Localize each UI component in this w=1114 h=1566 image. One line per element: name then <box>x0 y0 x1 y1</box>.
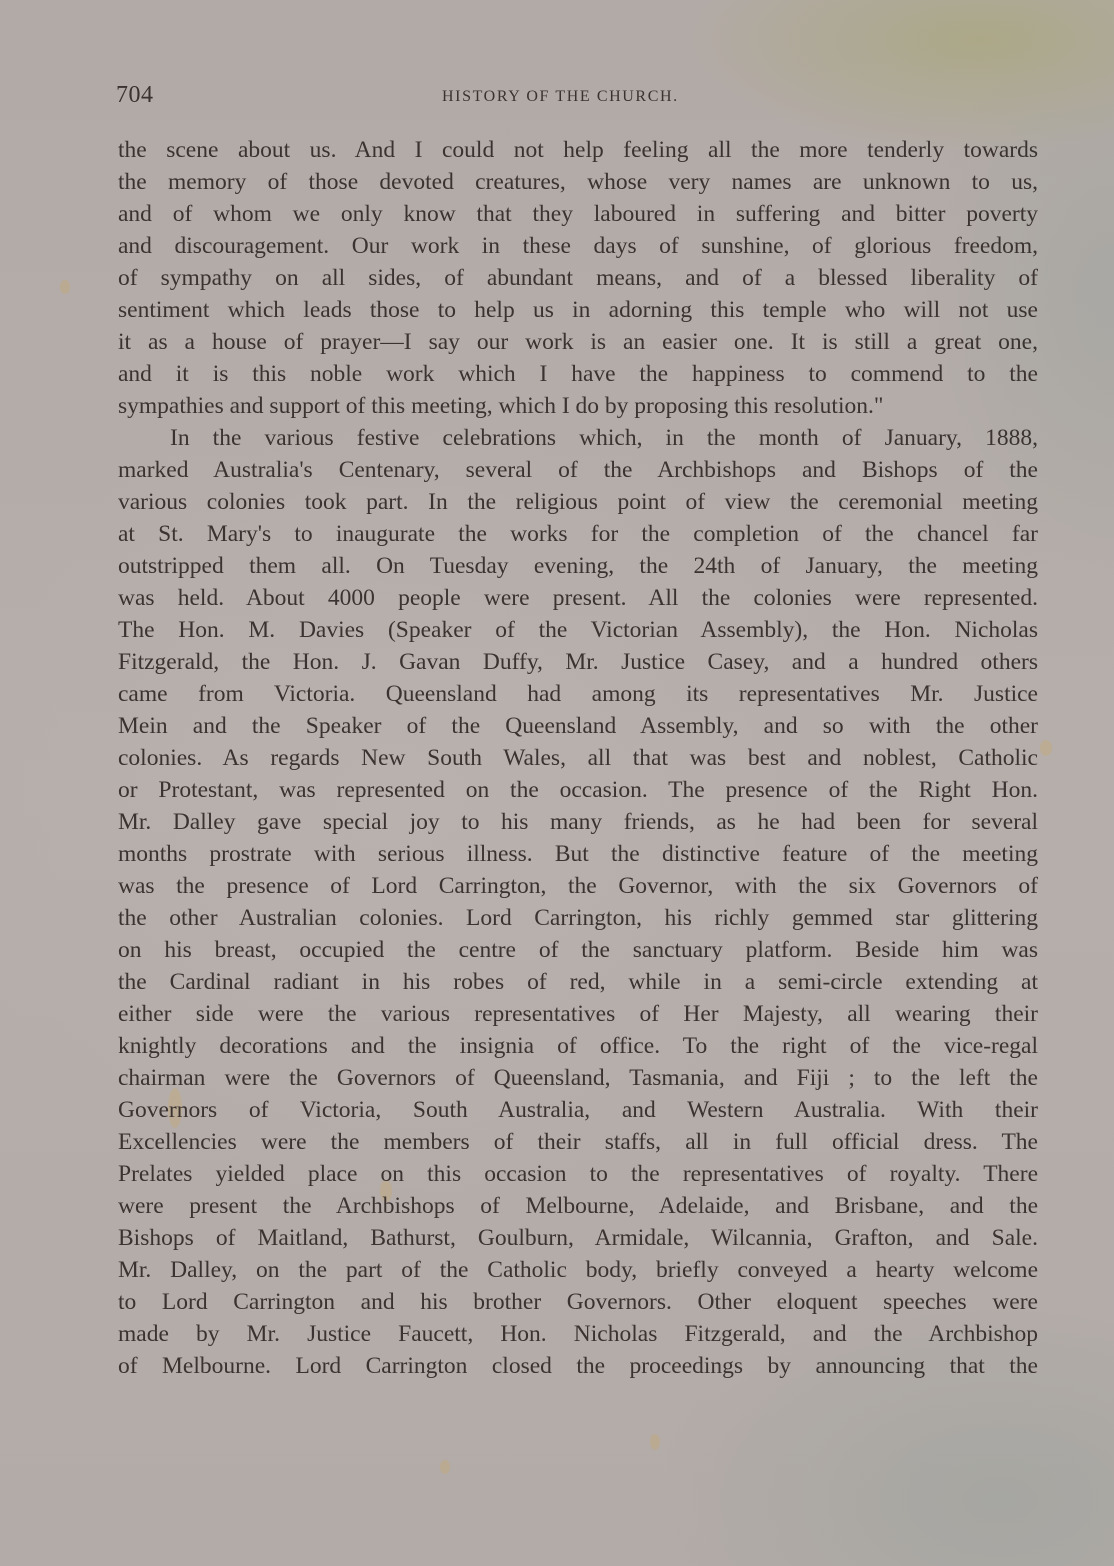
text-line: of sympathy on all sides, of abundant me… <box>118 262 1038 294</box>
text-line: the scene about us. And I could not help… <box>118 134 1038 166</box>
text-line: were present the Archbishops of Melbourn… <box>118 1190 1038 1222</box>
text-line: Excellencies were the members of their s… <box>118 1126 1038 1158</box>
text-line: various colonies took part. In the relig… <box>118 486 1038 518</box>
page-number: 704 <box>116 82 154 109</box>
text-line: sentiment which leads those to help us i… <box>118 294 1038 326</box>
text-line: Fitzgerald, the Hon. J. Gavan Duffy, Mr.… <box>118 646 1038 678</box>
text-line: the memory of those devoted creatures, w… <box>118 166 1038 198</box>
body-text: the scene about us. And I could not help… <box>118 134 1038 1382</box>
text-line: was held. About 4000 people were present… <box>118 582 1038 614</box>
text-line: Prelates yielded place on this occasion … <box>118 1158 1038 1190</box>
text-line: marked Australia's Centenary, several of… <box>118 454 1038 486</box>
text-line: was the presence of Lord Carrington, the… <box>118 870 1038 902</box>
page-header: 704 HISTORY OF THE CHURCH. <box>116 82 1038 112</box>
text-line: came from Victoria. Queensland had among… <box>118 678 1038 710</box>
text-line: and it is this noble work which I have t… <box>118 358 1038 390</box>
text-line: months prostrate with serious illness. B… <box>118 838 1038 870</box>
running-head: HISTORY OF THE CHURCH. <box>442 88 679 106</box>
text-line: and of whom we only know that they labou… <box>118 198 1038 230</box>
text-line: either side were the various representat… <box>118 998 1038 1030</box>
text-line: Mr. Dalley gave special joy to his many … <box>118 806 1038 838</box>
text-line: the other Australian colonies. Lord Carr… <box>118 902 1038 934</box>
text-line: Mr. Dalley, on the part of the Catholic … <box>118 1254 1038 1286</box>
paper-stain <box>1040 740 1052 756</box>
paper-stain <box>60 280 70 294</box>
text-line: at St. Mary's to inaugurate the works fo… <box>118 518 1038 550</box>
text-line: outstripped them all. On Tuesday evening… <box>118 550 1038 582</box>
text-line: colonies. As regards New South Wales, al… <box>118 742 1038 774</box>
text-line: to Lord Carrington and his brother Gover… <box>118 1286 1038 1318</box>
text-line: Bishops of Maitland, Bathurst, Goulburn,… <box>118 1222 1038 1254</box>
paragraph-start-line: In the various festive celebrations whic… <box>118 422 1038 454</box>
text-line: sympathies and support of this meeting, … <box>118 390 1038 422</box>
text-line: The Hon. M. Davies (Speaker of the Victo… <box>118 614 1038 646</box>
text-line: of Melbourne. Lord Carrington closed the… <box>118 1350 1038 1382</box>
text-line: or Protestant, was represented on the oc… <box>118 774 1038 806</box>
text-line: chairman were the Governors of Queenslan… <box>118 1062 1038 1094</box>
text-line: knightly decorations and the insignia of… <box>118 1030 1038 1062</box>
text-line: Governors of Victoria, South Australia, … <box>118 1094 1038 1126</box>
text-line: Mein and the Speaker of the Queensland A… <box>118 710 1038 742</box>
text-line: made by Mr. Justice Faucett, Hon. Nichol… <box>118 1318 1038 1350</box>
paper-stain <box>440 1460 450 1474</box>
text-line: and discouragement. Our work in these da… <box>118 230 1038 262</box>
text-line: on his breast, occupied the centre of th… <box>118 934 1038 966</box>
text-line: it as a house of prayer—I say our work i… <box>118 326 1038 358</box>
text-line: the Cardinal radiant in his robes of red… <box>118 966 1038 998</box>
paper-stain <box>650 1434 660 1450</box>
